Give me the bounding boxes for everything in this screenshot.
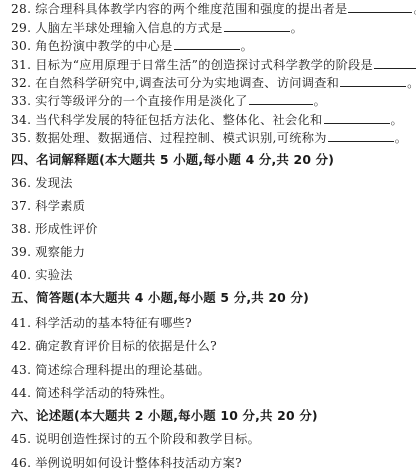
question-item: 39.观察能力 [11, 244, 85, 260]
question-number: 39. [11, 244, 31, 260]
question-number: 46. [11, 455, 31, 471]
question-text: 观察能力 [35, 245, 85, 259]
question-text: 目标为“应用原理于日常生活”的创造探讨式科学教学的阶段是 [35, 58, 373, 72]
question-number: 33. [11, 93, 31, 109]
question-text: 发现法 [35, 176, 72, 190]
question-number: 42. [11, 338, 31, 354]
question-fill-blank: 28.综合理科具体教学内容的两个维度范围和强度的提出者是。 [11, 1, 416, 17]
question-item: 37.科学素质 [11, 198, 85, 214]
question-end-punct: 。 [314, 94, 327, 108]
question-text: 角色扮演中教学的中心是 [35, 39, 172, 53]
answer-blank[interactable] [224, 20, 290, 32]
question-number: 29. [11, 20, 31, 36]
question-text: 科学素质 [35, 199, 85, 213]
question-fill-blank: 31.目标为“应用原理于日常生活”的创造探讨式科学教学的阶段是。 [11, 57, 416, 73]
question-end-punct: 。 [241, 39, 254, 53]
question-text: 科学活动的基本特征有哪些? [35, 316, 192, 330]
question-end-punct: 。 [291, 21, 304, 35]
question-number: 36. [11, 175, 31, 191]
question-number: 31. [11, 57, 31, 73]
section5-heading: 五、简答题(本大题共 4 小题,每小题 5 分,共 20 分) [11, 290, 309, 306]
question-item: 36.发现法 [11, 175, 73, 191]
question-text: 举例说明如何设计整体科技活动方案? [35, 456, 242, 470]
question-fill-blank: 32.在自然科学研究中,调查法可分为实地调查、访问调查和。 [11, 75, 416, 91]
question-text: 简述综合理科提出的理论基础。 [35, 363, 210, 377]
answer-blank[interactable] [249, 93, 313, 105]
question-text: 简述科学活动的特殊性。 [35, 386, 172, 400]
answer-blank[interactable] [348, 1, 412, 13]
question-number: 45. [11, 431, 31, 447]
question-text: 确定教育评价目标的依据是什么? [35, 339, 217, 353]
question-number: 28. [11, 1, 31, 17]
question-fill-blank: 35.数据处理、数据通信、过程控制、模式识别,可统称为。 [11, 130, 407, 146]
question-text: 当代科学发展的特征包括方法化、整体化、社会化和 [35, 113, 322, 127]
question-number: 34. [11, 112, 31, 128]
question-number: 38. [11, 221, 31, 237]
question-end-punct: 。 [391, 113, 404, 127]
question-text: 实验法 [35, 268, 72, 282]
question-number: 35. [11, 130, 31, 146]
question-number: 32. [11, 75, 31, 91]
question-number: 43. [11, 362, 31, 378]
question-number: 30. [11, 38, 31, 54]
question-end-punct: 。 [407, 76, 416, 90]
question-item: 40.实验法 [11, 267, 73, 283]
question-item: 42.确定教育评价目标的依据是什么? [11, 338, 217, 354]
question-fill-blank: 34.当代科学发展的特征包括方法化、整体化、社会化和。 [11, 112, 403, 128]
section6-heading: 六、论述题(本大题共 2 小题,每小题 10 分,共 20 分) [11, 408, 318, 424]
question-end-punct: 。 [395, 131, 408, 145]
question-text: 在自然科学研究中,调查法可分为实地调查、访问调查和 [35, 76, 339, 90]
question-number: 44. [11, 385, 31, 401]
question-text: 数据处理、数据通信、过程控制、模式识别,可统称为 [35, 131, 326, 145]
answer-blank[interactable] [374, 57, 416, 69]
question-number: 41. [11, 315, 31, 331]
question-fill-blank: 29.人脑左半球处理输入信息的方式是。 [11, 20, 303, 36]
question-fill-blank: 30.角色扮演中教学的中心是。 [11, 38, 253, 54]
answer-blank[interactable] [324, 112, 390, 124]
question-text: 综合理科具体教学内容的两个维度范围和强度的提出者是 [35, 2, 347, 16]
question-fill-blank: 33.实行等级评分的一个直接作用是淡化了。 [11, 93, 326, 109]
question-item: 43.简述综合理科提出的理论基础。 [11, 362, 210, 378]
question-item: 44.简述科学活动的特殊性。 [11, 385, 173, 401]
question-number: 37. [11, 198, 31, 214]
section4-heading: 四、名词解释题(本大题共 5 小题,每小题 4 分,共 20 分) [11, 152, 334, 168]
question-number: 40. [11, 267, 31, 283]
question-text: 说明创造性探讨的五个阶段和教学目标。 [35, 432, 260, 446]
answer-blank[interactable] [174, 38, 240, 50]
question-item: 38.形成性评价 [11, 221, 98, 237]
answer-blank[interactable] [340, 75, 406, 87]
question-text: 人脑左半球处理输入信息的方式是 [35, 21, 222, 35]
question-item: 46.举例说明如何设计整体科技活动方案? [11, 455, 242, 471]
answer-blank[interactable] [328, 130, 394, 142]
question-text: 实行等级评分的一个直接作用是淡化了 [35, 94, 247, 108]
question-item: 41.科学活动的基本特征有哪些? [11, 315, 192, 331]
question-item: 45.说明创造性探讨的五个阶段和教学目标。 [11, 431, 260, 447]
question-text: 形成性评价 [35, 222, 97, 236]
